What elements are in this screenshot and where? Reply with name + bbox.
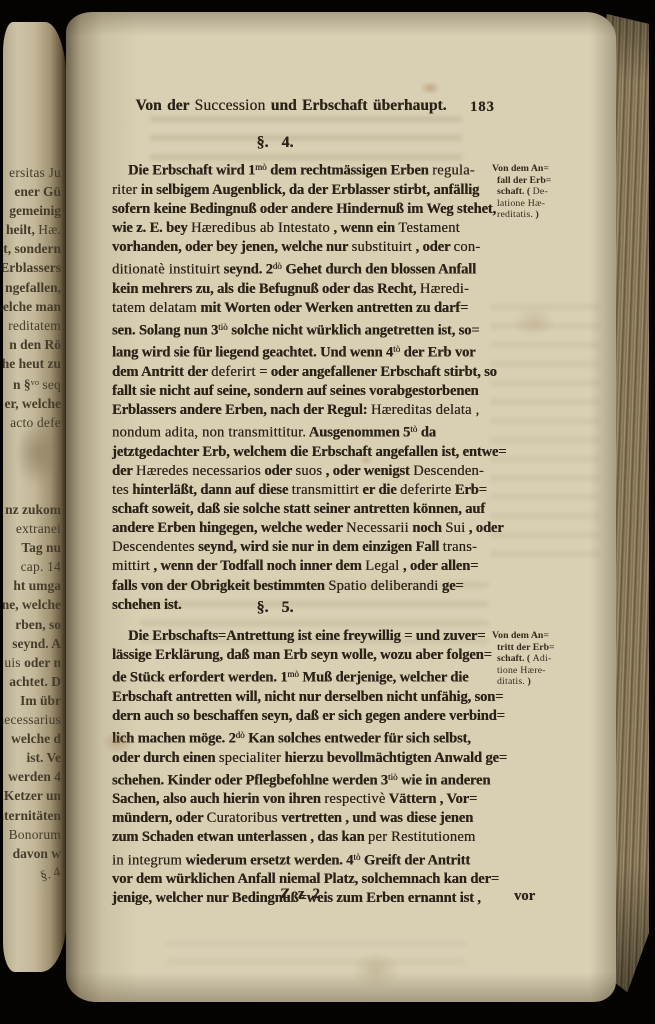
text-line: tatem delatam mit Worten oder Werken ant… — [112, 299, 490, 318]
text-line: tes hinterläßt, dann auf diese transmitt… — [112, 481, 490, 500]
text-line: Descendentes seynd, wird sie nur in dem … — [112, 538, 490, 557]
text-line: aternitäten — [3, 806, 61, 825]
text-line: t, sondern — [3, 239, 61, 258]
text-line: schaft soweit, daß sie solche statt sein… — [112, 500, 490, 519]
text-line: elche man — [3, 297, 61, 316]
text-line: schaft. ( Adi- — [492, 653, 587, 665]
text-line: Erbschaft antretten will, nicht nur ders… — [112, 688, 490, 707]
text-line: Ketzer un — [3, 786, 61, 805]
text-line: Sachen, also auch hierin von ihren respe… — [112, 790, 490, 809]
text-line: Von dem An= — [492, 630, 587, 642]
facing-page-text-fragments-top: ersitas Juener Gügemeinigheilt, Hæ.t, so… — [3, 163, 61, 432]
text-line: andere Erben hingegen, welche weder Nece… — [112, 519, 490, 538]
book-page: Von der Succession und Erbschaft überhau… — [66, 12, 616, 1002]
text-line: fallt sie nicht auf seine, sondern auf s… — [112, 382, 490, 401]
text-line: achtet. D — [3, 672, 61, 691]
text-line: n §vo seq — [3, 373, 61, 394]
text-line: Im übr — [3, 691, 61, 710]
text-line: nondum adita, non transmittitur. Ausgeno… — [112, 420, 490, 443]
text-line: lich machen möge. 2dò Kan solches entwed… — [112, 726, 490, 749]
text-line: Erblassers — [3, 258, 61, 277]
text-line: he heut zu — [3, 354, 61, 373]
text-line: necessarius — [3, 710, 61, 729]
paragraph-section-5: Die Erbschafts=Antrettung ist eine freyw… — [112, 627, 490, 908]
paragraph-section-4: Die Erbschaft wird 1mò dem rechtmässigen… — [112, 158, 490, 615]
text-line: latione Hæ- — [492, 198, 587, 210]
text-line: falls von der Obrigkeit bestimmten Spati… — [112, 577, 490, 596]
text-line: riter in selbigem Augenblick, da der Erb… — [112, 181, 490, 200]
facing-page-signature-fragment: §. 4 — [3, 862, 62, 897]
text-line: n den Rö — [3, 335, 61, 354]
text-line: mündern, oder Curatoribus vertretten , u… — [112, 809, 490, 828]
text-line: reditatis. ) — [492, 209, 587, 221]
signature-fragment-text: §. 4 — [3, 862, 62, 897]
text-line: ht umga — [3, 576, 61, 595]
text-line: ditionatè instituirt seynd. 2dò Gehet du… — [112, 257, 490, 280]
text-line: Die Erbschaft wird 1mò dem rechtmässigen… — [112, 158, 490, 181]
text-line: Tag nu — [3, 538, 61, 557]
text-line: dern auch so beschaffen seyn, daß er sic… — [112, 707, 490, 726]
text-line: werden 4 — [3, 767, 61, 786]
section-heading-5: §. 5. — [86, 599, 464, 617]
text-line: fall der Erb= — [492, 175, 587, 187]
text-line: welche d — [3, 729, 61, 748]
text-line: sofern keine Bedingnuß oder andere Hinde… — [112, 200, 490, 219]
text-column: Von der Succession und Erbschaft überhau… — [112, 12, 490, 1002]
ornament-showthrough — [15, 420, 59, 486]
text-line: Bonorum — [3, 825, 61, 844]
text-line: extranei — [3, 519, 61, 538]
text-line: heilt, Hæ. — [3, 220, 61, 239]
text-line: wie z. E. bey Hæredibus ab Intestato , w… — [112, 219, 490, 238]
text-line: tritt der Erb= — [492, 642, 587, 654]
ink-showthrough — [490, 304, 600, 566]
text-line: der Hæredes necessarios oder suos , oder… — [112, 462, 490, 481]
text-line: rben, so — [3, 615, 61, 634]
text-line: reditatem — [3, 316, 61, 335]
quire-signature: Z z 2 — [112, 886, 490, 903]
catchword: vor — [514, 888, 535, 905]
text-line: mittirt , wenn der Todfall noch inner de… — [112, 557, 490, 576]
text-line: ne, welche — [3, 595, 61, 614]
text-line: cap. 14 — [3, 557, 61, 576]
text-line: Von dem An= — [492, 163, 587, 175]
text-line: seynd. A — [3, 634, 61, 653]
text-line: ist. Ve — [3, 748, 61, 767]
text-line: ersitas Ju — [3, 163, 61, 182]
book-photo: ersitas Juener Gügemeinigheilt, Hæ.t, so… — [0, 0, 655, 1024]
text-line: zum Schaden etwan unterlassen , das kan … — [112, 828, 490, 847]
text-line: lang wird sie für liegend geachtet. Und … — [112, 340, 490, 363]
text-line: nz zukom — [3, 500, 61, 519]
text-line: gemeinig — [3, 201, 61, 220]
text-line: sen. Solang nun 3tiò solche nicht würkli… — [112, 318, 490, 341]
text-line: in integrum wiederum ersetzt werden. 4tò… — [112, 848, 490, 871]
text-line: ngefallen, — [3, 278, 61, 297]
text-line: dem Antritt der deferirt = oder angefall… — [112, 363, 490, 382]
facing-page-sliver: ersitas Juener Gügemeinigheilt, Hæ.t, so… — [3, 22, 67, 972]
text-line: lässige Erklärung, daß man Erb seyn woll… — [112, 646, 490, 665]
section-heading-4: §. 4. — [86, 134, 464, 152]
text-line: schaft. ( De- — [492, 186, 587, 198]
text-line: jetztgedachter Erb, welchem die Erbschaf… — [112, 443, 490, 462]
text-line: er, welche — [3, 394, 61, 413]
page-number: 183 — [470, 99, 495, 116]
margin-note-anfall: Von dem An=fall der Erb=schaft. ( De-lat… — [492, 163, 587, 221]
text-line: oder durch einen specialiter hierzu bevo… — [112, 749, 490, 768]
running-head: Von der Succession und Erbschaft überhau… — [126, 97, 456, 115]
text-line: vorhanden, oder bey jenen, welche nur su… — [112, 238, 490, 257]
text-line: davon w — [3, 844, 61, 863]
text-line: Erblassers andere Erben, nach der Regul:… — [112, 401, 490, 420]
text-line: de Stück erfordert werden. 1mò Muß derje… — [112, 665, 490, 688]
text-line: uis oder n — [3, 653, 61, 672]
text-line: Die Erbschafts=Antrettung ist eine freyw… — [112, 627, 490, 646]
text-line: ditatis. ) — [492, 676, 587, 688]
text-line: kein mehrers zu, als die Befugnuß oder d… — [112, 280, 490, 299]
facing-page-text-fragments-bottom: nz zukomextraneiTag nucap. 14ht umgane, … — [3, 500, 61, 863]
margin-note-antritt: Von dem An=tritt der Erb=schaft. ( Adi-t… — [492, 630, 587, 688]
text-line: ener Gü — [3, 182, 61, 201]
text-line: tione Hære- — [492, 665, 587, 677]
text-line: schehen. Kinder oder Pflegbefohlne werde… — [112, 768, 490, 791]
